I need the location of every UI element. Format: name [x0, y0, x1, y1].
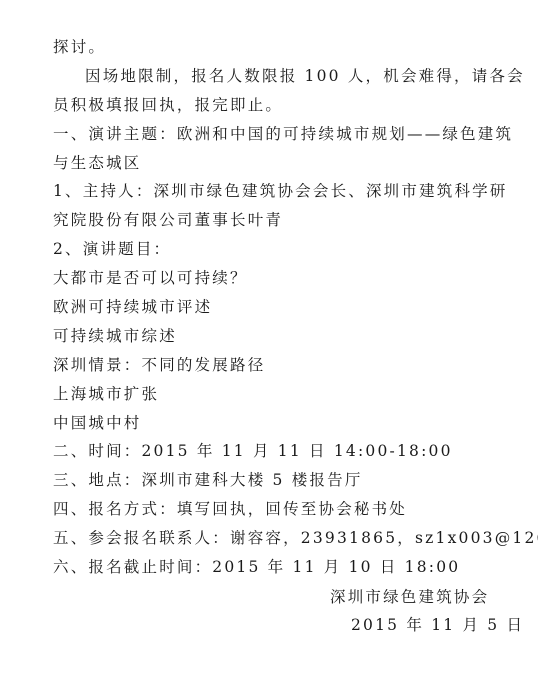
signature-date: 2015 年 11 月 5 日	[351, 611, 524, 639]
talk-title-item: 深圳情景：不同的发展路径	[53, 351, 483, 380]
talk-title-item: 中国城中村	[53, 409, 483, 438]
talk-titles-heading: 2、演讲题目：	[53, 235, 483, 264]
section-deadline: 六、报名截止时间：2015 年 11 月 10 日 18:00	[53, 553, 483, 582]
text-line-capacity-notice: 因场地限制，报名人数限报 100 人，机会难得，请各会	[53, 62, 483, 91]
talk-title-item: 上海城市扩张	[53, 380, 483, 409]
section-registration-method: 四、报名方式：填写回执，回传至协会秘书处	[53, 495, 483, 524]
talk-title-item: 欧洲可持续城市评述	[53, 293, 483, 322]
text-line-intro-end: 探讨。	[53, 33, 483, 62]
section-topic-cont: 与生态城区	[53, 149, 483, 178]
document-body: 探讨。 因场地限制，报名人数限报 100 人，机会难得，请各会 员积极填报回执，…	[53, 33, 483, 582]
section-location: 三、地点：深圳市建科大楼 5 楼报告厅	[53, 466, 483, 495]
talk-title-item: 大都市是否可以可持续？	[53, 264, 483, 293]
section-topic: 一、演讲主题：欧洲和中国的可持续城市规划——绿色建筑	[53, 120, 483, 149]
talk-title-item: 可持续城市综述	[53, 322, 483, 351]
host-info: 1、主持人：深圳市绿色建筑协会会长、深圳市建筑科学研	[53, 177, 483, 206]
section-time: 二、时间：2015 年 11 月 11 日 14:00-18:00	[53, 437, 483, 466]
section-contact: 五、参会报名联系人：谢容容，23931865，sz1x003@126.com	[53, 524, 483, 553]
signature-organization: 深圳市绿色建筑协会	[330, 583, 489, 611]
host-info-cont: 究院股份有限公司董事长叶青	[53, 206, 483, 235]
text-line-capacity-notice-cont: 员积极填报回执，报完即止。	[53, 91, 483, 120]
